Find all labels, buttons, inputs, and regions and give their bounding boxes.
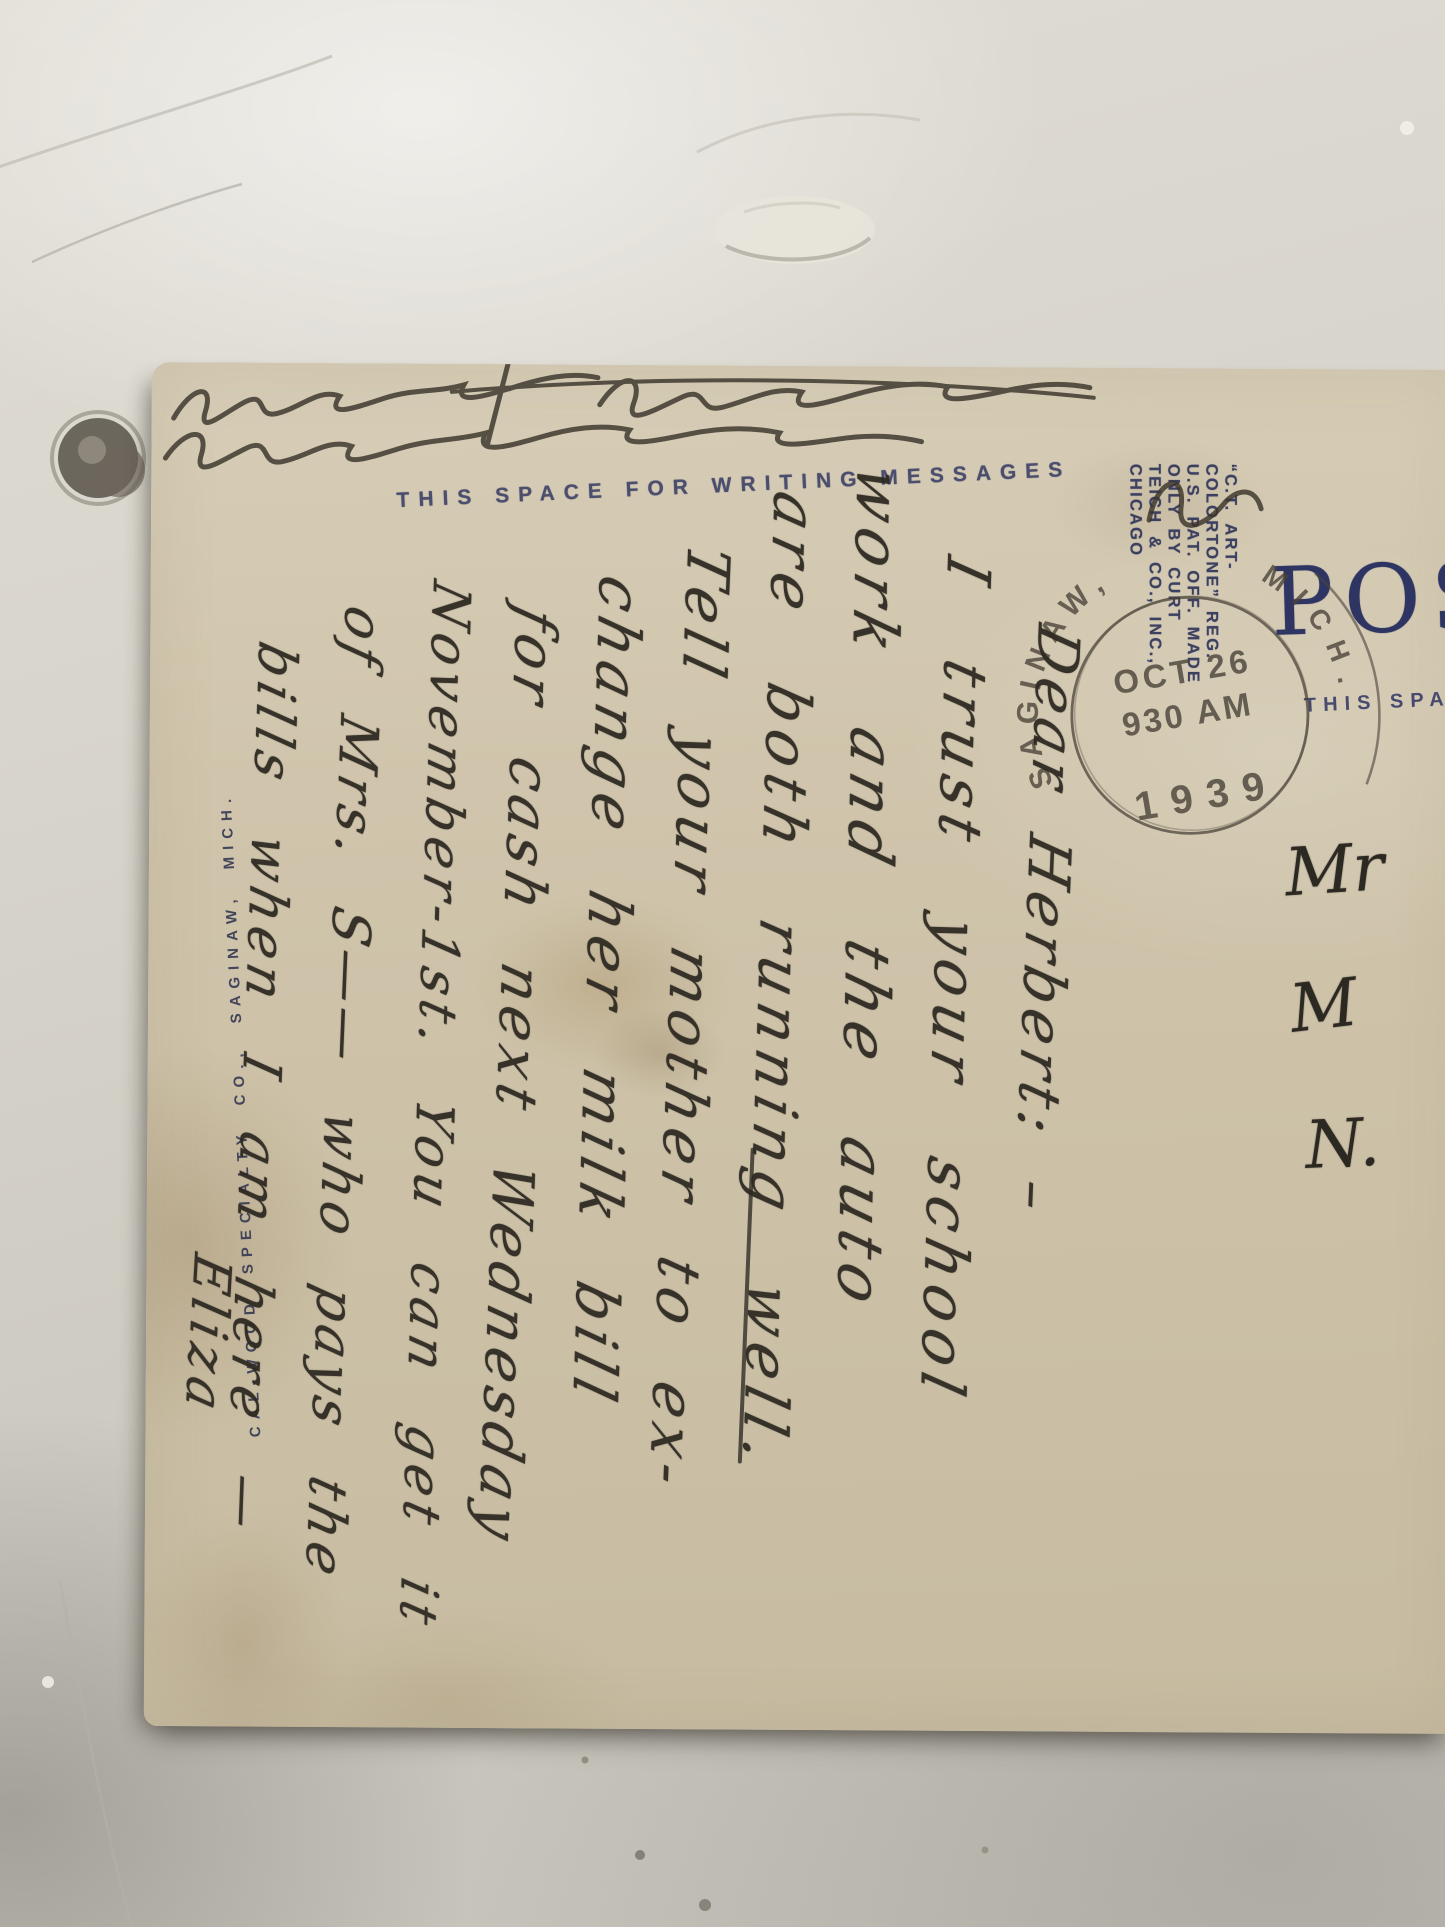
- address-fragment: N.: [1304, 1104, 1382, 1184]
- chip-mark: [715, 196, 875, 264]
- handwritten-line: Eliza: [173, 1248, 242, 1421]
- photo-of-postcard: THIS SPACE FOR WRITING MESSAGES POS THIS…: [0, 0, 1445, 1927]
- postmark-year: 1939: [1131, 762, 1281, 830]
- handwritten-line: of Mrs. S—— who pays the: [293, 600, 393, 1587]
- handwritten-line: Tell your mother to ex-: [636, 538, 743, 1500]
- postcard-back: THIS SPACE FOR WRITING MESSAGES POS THIS…: [144, 362, 1445, 1734]
- handwritten-line: for cash next Wednesday: [465, 600, 569, 1553]
- address-fragment: Mr: [1283, 828, 1387, 911]
- handwritten-line: change her milk bill: [559, 569, 654, 1415]
- address-fragment: M: [1286, 964, 1362, 1048]
- handwritten-line: I trust your school: [906, 550, 1003, 1410]
